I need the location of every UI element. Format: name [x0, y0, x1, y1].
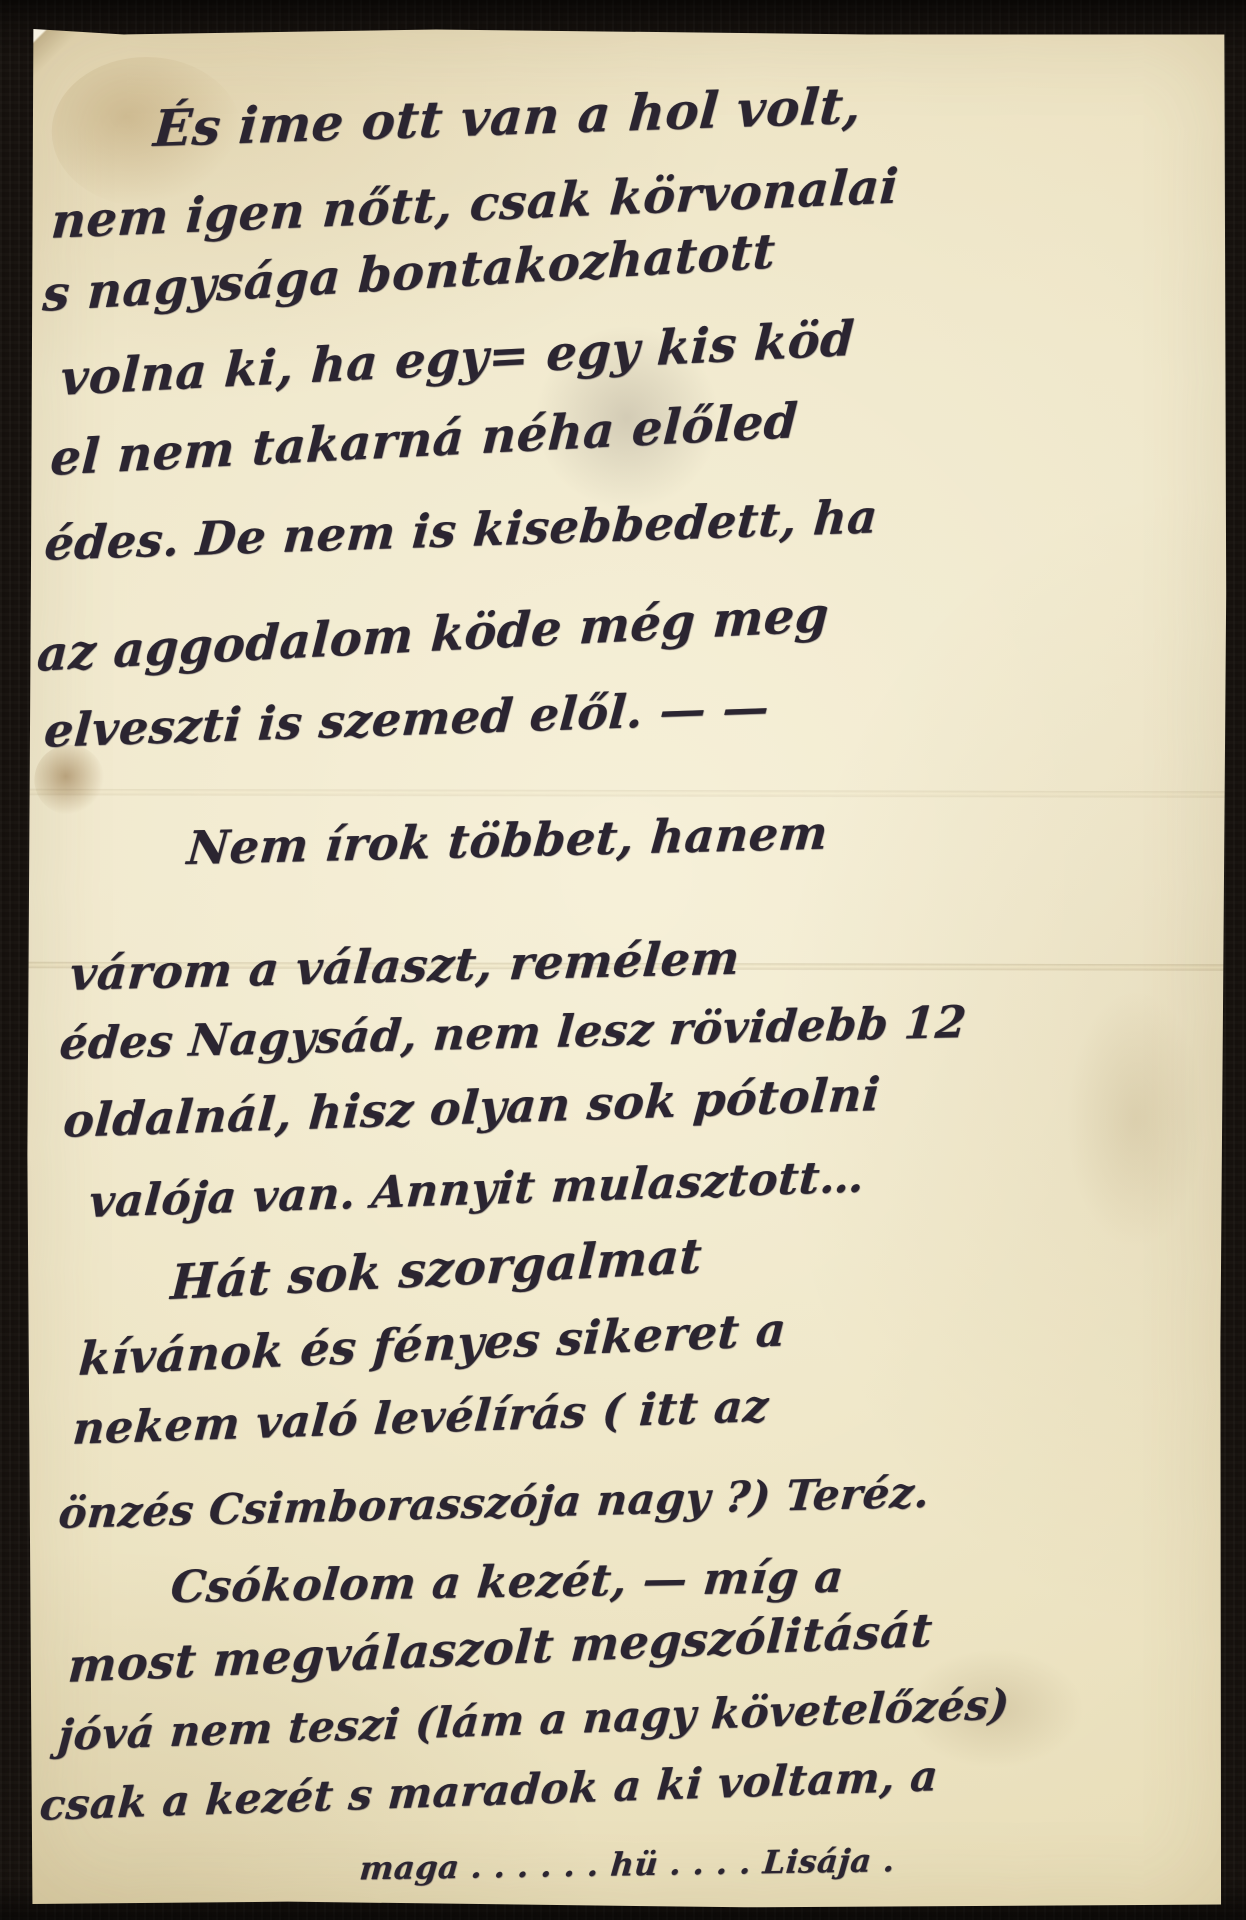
- handwritten-line-4: volna ki, ha egy= egy kis köd: [59, 311, 856, 407]
- handwritten-line-9: Nem írok többet, hanem: [185, 806, 830, 876]
- handwritten-line-5: el nem takarná néha előled: [49, 393, 799, 487]
- handwritten-line-21: csak a kezét s maradok a ki voltam, a: [38, 1751, 940, 1830]
- corner-fold-mark: [28, 27, 148, 117]
- handwritten-line-19: most megválaszolt megszólitását: [66, 1603, 934, 1693]
- handwritten-line-7: az aggodalom köde még meg: [36, 587, 831, 683]
- handwritten-line-16: nekem való levélírás ( itt az: [71, 1381, 770, 1455]
- age-stain: [1065, 989, 1206, 1249]
- handwritten-line-13: valója van. Annyit mulasztott…: [87, 1151, 866, 1228]
- handwritten-line-18: Csókolom a kezét, — míg a: [169, 1552, 846, 1613]
- letter-paper: És ime ott van a hol volt,nem igen nőtt,…: [24, 27, 1228, 1910]
- handwritten-line-12: oldalnál, hisz olyan sok pótolni: [62, 1067, 883, 1148]
- handwritten-line-17: önzés Csimborasszója nagy ?) Teréz.: [57, 1468, 932, 1538]
- handwritten-line-14: Hát sok szorgalmat: [169, 1228, 703, 1311]
- scan-background: { "letter": { "colors": { "ink": "#2b253…: [0, 0, 1246, 1920]
- handwritten-line-1: És ime ott van a hol volt,: [152, 76, 864, 158]
- handwritten-line-20: jóvá nem teszi (lám a nagy követelőzés): [56, 1679, 1011, 1759]
- handwritten-line-10: várom a választ, remélem: [68, 931, 742, 1001]
- handwritten-line-8: elveszti is szemed elől. — —: [42, 680, 771, 758]
- handwritten-line-15: kívánok és fényes sikeret a: [77, 1302, 788, 1386]
- fold-crease: [26, 789, 1226, 799]
- handwritten-line-22: maga . . . . . . hü . . . . Lisája .: [358, 1841, 897, 1887]
- handwritten-line-11: édes Nagysád, nem lesz rövidebb 12: [58, 997, 969, 1070]
- handwritten-line-6: édes. De nem is kisebbedett, ha: [43, 489, 880, 570]
